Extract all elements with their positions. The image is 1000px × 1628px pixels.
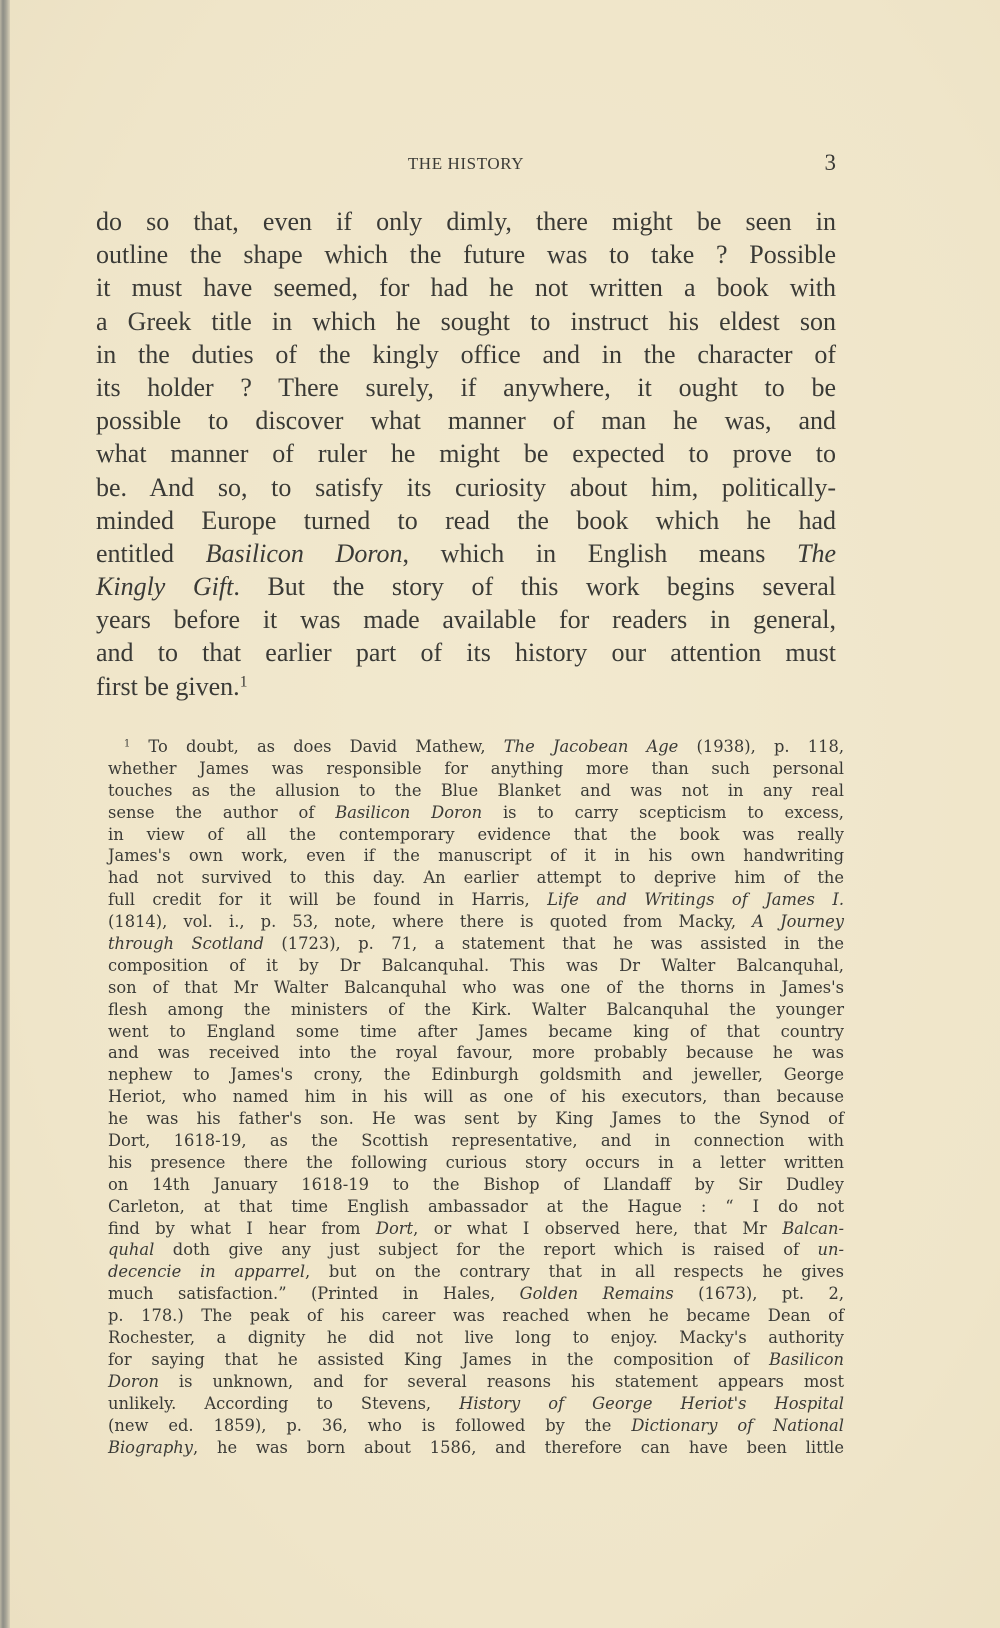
body-line: possible to discover what manner of man … — [96, 404, 836, 437]
body-line: in the duties of the kingly office and i… — [96, 338, 836, 371]
text: is to carry scepticism to excess, — [482, 803, 844, 822]
text: for saying that he assisted King James i… — [108, 1350, 769, 1369]
footnote-line: had not survived to this day. An earlier… — [108, 867, 844, 889]
footnote-line: flesh among the ministers of the Kirk. W… — [108, 999, 844, 1021]
text: To doubt, as does David Mathew, — [130, 737, 504, 756]
text: first be given. — [96, 672, 240, 701]
book-title-italic: through Scotland — [108, 934, 264, 953]
footnote-line: Biography, he was born about 1586, and t… — [108, 1437, 844, 1459]
footnote-line: for saying that he assisted King James i… — [108, 1349, 844, 1371]
place-italic: Dort — [376, 1219, 413, 1238]
book-title-italic: History of George Heriot's Hospital — [459, 1394, 844, 1413]
text: sense the author of — [108, 803, 335, 822]
text: (1938), p. 118, — [678, 737, 844, 756]
book-title-italic: Basilicon Doron — [335, 803, 482, 822]
footnote-line: 1 To doubt, as does David Mathew, The Ja… — [108, 736, 844, 758]
book-title-italic: Kingly Gift — [96, 572, 233, 601]
page-number: 3 — [825, 150, 837, 176]
running-title: THE HISTORY — [96, 154, 836, 174]
book-title-italic: The — [797, 539, 836, 568]
footnote-line: Heriot, who named him in his will as one… — [108, 1086, 844, 1108]
book-title-italic: A Journey — [752, 912, 844, 931]
running-head: THE HISTORY 3 — [96, 152, 836, 178]
footnote-line: full credit for it will be found in Harr… — [108, 889, 844, 911]
footnote-line: Carleton, at that time English ambassado… — [108, 1196, 844, 1218]
footnote-line: in view of all the contemporary evidence… — [108, 824, 844, 846]
body-line: outline the shape which the future was t… — [96, 238, 836, 271]
text: (new ed. 1859), p. 36, who is followed b… — [108, 1416, 631, 1435]
footnote-line: (1814), vol. i., p. 53, note, where ther… — [108, 911, 844, 933]
book-title-italic: Doron — [108, 1372, 159, 1391]
book-title-italic: The Jacobean Age — [504, 737, 679, 756]
body-line: what manner of ruler he might be expecte… — [96, 437, 836, 470]
name-italic: Balcan- — [782, 1219, 844, 1238]
book-gutter-edge — [0, 0, 10, 1628]
footnote-line: Rochester, a dignity he did not live lon… — [108, 1327, 844, 1349]
footnote-line: nephew to James's crony, the Edinburgh g… — [108, 1064, 844, 1086]
body-line: first be given.1 — [96, 670, 836, 703]
text: , which in English means — [402, 539, 797, 568]
name-italic: quhal — [108, 1240, 154, 1259]
quote-italic: decencie in apparrel — [108, 1262, 305, 1281]
body-line: do so that, even if only dimly, there mi… — [96, 205, 836, 238]
footnote-line: find by what I hear from Dort, or what I… — [108, 1218, 844, 1240]
text: unlikely. According to Stevens, — [108, 1394, 459, 1413]
footnote-line: sense the author of Basilicon Doron is t… — [108, 802, 844, 824]
footnote-line: his presence there the following curious… — [108, 1152, 844, 1174]
footnote-line: much satisfaction.” (Printed in Hales, G… — [108, 1283, 844, 1305]
main-paragraph: do so that, even if only dimly, there mi… — [96, 205, 836, 703]
footnote-line: whether James was responsible for anythi… — [108, 758, 844, 780]
footnote-line: p. 178.) The peak of his career was reac… — [108, 1305, 844, 1327]
footnote-line: and was received into the royal favour, … — [108, 1042, 844, 1064]
footnote-line: decencie in apparrel, but on the contrar… — [108, 1261, 844, 1283]
footnote-line: went to England some time after James be… — [108, 1021, 844, 1043]
body-line: be. And so, to satisfy its curiosity abo… — [96, 471, 836, 504]
book-title-italic: Golden Remains — [520, 1284, 674, 1303]
body-line: its holder ? There surely, if anywhere, … — [96, 371, 836, 404]
footnote-line: James's own work, even if the manuscript… — [108, 845, 844, 867]
footnote-reference: 1 — [240, 673, 248, 690]
footnote-line: he was his father's son. He was sent by … — [108, 1108, 844, 1130]
text: (1814), vol. i., p. 53, note, where ther… — [108, 912, 752, 931]
footnote-line: Doron is unknown, and for several reason… — [108, 1371, 844, 1393]
text: , or what I observed here, that Mr — [413, 1219, 782, 1238]
text: is unknown, and for several reasons his … — [159, 1372, 844, 1391]
body-line: years before it was made available for r… — [96, 603, 836, 636]
quote-italic: un- — [818, 1240, 844, 1259]
footnote-line: (new ed. 1859), p. 36, who is followed b… — [108, 1415, 844, 1437]
text: (1723), p. 71, a statement that he was a… — [264, 934, 844, 953]
footnote-line: on 14th January 1618-19 to the Bishop of… — [108, 1174, 844, 1196]
text: full credit for it will be found in Harr… — [108, 890, 547, 909]
footnote-line: son of that Mr Walter Balcanquhal who wa… — [108, 977, 844, 999]
text: doth give any just subject for the repor… — [154, 1240, 817, 1259]
book-title-italic: Basilicon — [769, 1350, 844, 1369]
footnote-line: touches as the allusion to the Blue Blan… — [108, 780, 844, 802]
text: (1673), pt. 2, — [674, 1284, 844, 1303]
footnote-line: through Scotland (1723), p. 71, a statem… — [108, 933, 844, 955]
text: entitled — [96, 539, 206, 568]
footnote-line: composition of it by Dr Balcanquhal. Thi… — [108, 955, 844, 977]
text: , he was born about 1586, and therefore … — [193, 1438, 844, 1457]
book-title-italic: Dictionary of National — [631, 1416, 844, 1435]
book-page: THE HISTORY 3 do so that, even if only d… — [0, 0, 1000, 1628]
body-line: entitled Basilicon Doron, which in Engli… — [96, 537, 836, 570]
footnote-line: unlikely. According to Stevens, History … — [108, 1393, 844, 1415]
text: much satisfaction.” (Printed in Hales, — [108, 1284, 520, 1303]
footnote-line: quhal doth give any just subject for the… — [108, 1239, 844, 1261]
book-title-italic: Biography — [108, 1438, 193, 1457]
text: find by what I hear from — [108, 1219, 376, 1238]
text: . But the story of this work begins seve… — [233, 572, 836, 601]
body-line: and to that earlier part of its history … — [96, 636, 836, 669]
body-line: minded Europe turned to read the book wh… — [96, 504, 836, 537]
body-line: a Greek title in which he sought to inst… — [96, 305, 836, 338]
body-line: Kingly Gift. But the story of this work … — [96, 570, 836, 603]
text: , but on the contrary that in all respec… — [305, 1262, 844, 1281]
footnote: 1 To doubt, as does David Mathew, The Ja… — [108, 736, 844, 1458]
book-title-italic: Life and Writings of James I. — [547, 890, 844, 909]
book-title-italic: Basilicon Doron — [206, 539, 403, 568]
body-line: it must have seemed, for had he not writ… — [96, 271, 836, 304]
footnote-line: Dort, 1618-19, as the Scottish represent… — [108, 1130, 844, 1152]
